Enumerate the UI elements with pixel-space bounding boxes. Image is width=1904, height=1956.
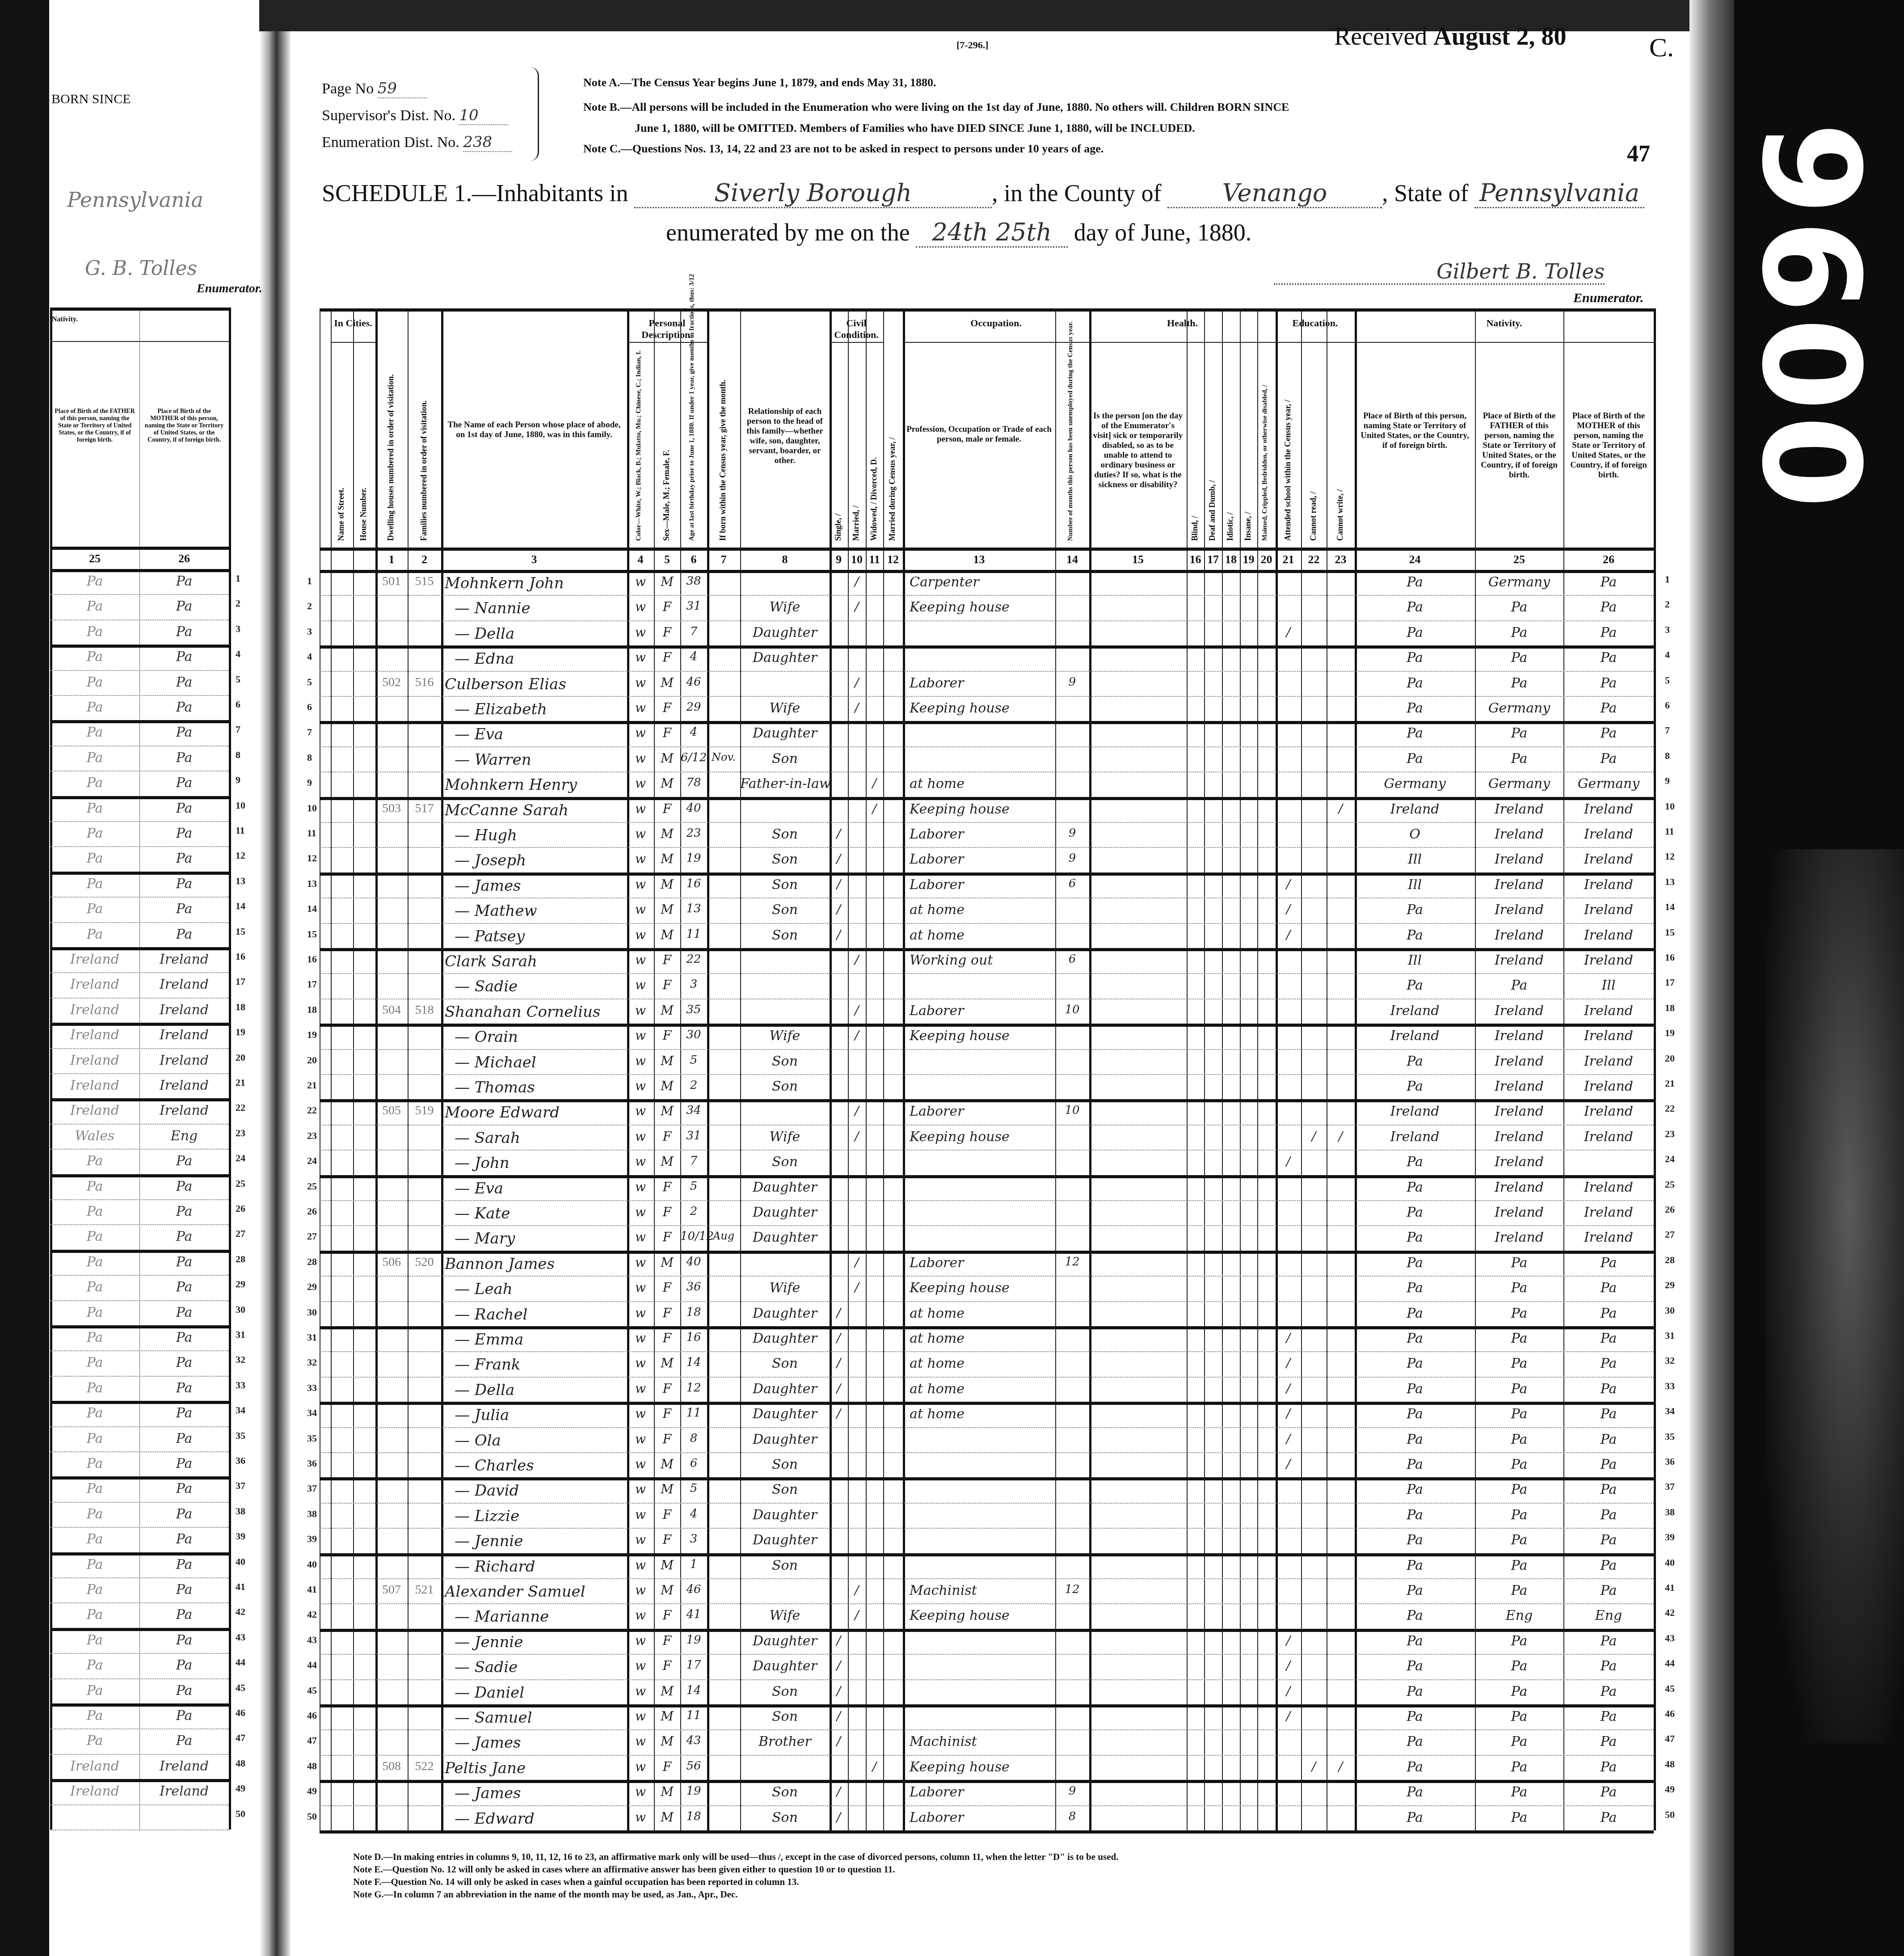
age-value: 40	[680, 1255, 707, 1269]
scan-glare	[1765, 849, 1904, 1743]
birthplace: Pa	[1355, 1230, 1475, 1245]
left-row-number: 28	[236, 1253, 245, 1265]
father-birthplace: Pa	[1475, 1432, 1563, 1447]
single-mark: /	[830, 1784, 848, 1799]
color-value: w	[627, 1356, 654, 1370]
sex-value: F	[654, 1406, 680, 1421]
father-birthplace: Pa	[1475, 650, 1563, 666]
row-number: 7	[307, 726, 312, 738]
relationship: Son	[740, 1457, 830, 1472]
left-row-number: 38	[236, 1505, 245, 1517]
sex-value: M	[654, 877, 680, 892]
married-mark: /	[848, 1608, 866, 1623]
left-father-birthplace: Ireland	[50, 1758, 139, 1774]
row-number: 48	[307, 1760, 317, 1772]
left-mother-birthplace: Pa	[139, 1305, 229, 1320]
column-divider	[1355, 308, 1357, 1830]
left-row-number: 39	[236, 1530, 245, 1542]
left-row-number: 14	[236, 900, 245, 912]
row-number-right: 27	[1665, 1229, 1675, 1240]
relationship: Daughter	[740, 1230, 830, 1245]
row-number: 42	[307, 1609, 317, 1620]
left-father-birthplace: Pa	[50, 801, 139, 816]
occupation: Laborer	[910, 826, 964, 842]
mother-birthplace: Ireland	[1563, 852, 1654, 867]
left-father-birthplace: Pa	[50, 1380, 139, 1396]
row-number-right: 43	[1665, 1632, 1675, 1644]
row-number-right: 26	[1665, 1204, 1675, 1215]
occupation: at home	[910, 902, 965, 918]
dwelling-number: 503	[375, 801, 408, 816]
age-value: 5	[680, 1482, 707, 1495]
person-name: Mohnkern John	[445, 574, 564, 592]
married-mark: /	[848, 1280, 866, 1295]
age-value: 41	[680, 1608, 707, 1621]
birthplace: Pa	[1355, 725, 1475, 741]
left-row-divider	[50, 771, 229, 771]
row-number-right: 34	[1665, 1405, 1675, 1417]
enumerator-label: Enumerator.	[1573, 291, 1644, 306]
birthplace: Pa	[1355, 675, 1475, 691]
school-mark: /	[1276, 625, 1301, 640]
cannot-write-mark: /	[1327, 1129, 1355, 1144]
mother-birthplace: Pa	[1563, 650, 1654, 666]
married-mark: /	[848, 953, 866, 967]
mother-birthplace: Pa	[1563, 574, 1654, 590]
row-divider	[320, 1200, 1654, 1201]
enumerator-signature: Gilbert B. Tolles	[1274, 259, 1605, 285]
left-row-divider	[50, 972, 229, 973]
occupation: at home	[910, 1306, 965, 1321]
age-value: 6	[680, 1457, 707, 1470]
color-value: w	[627, 1255, 654, 1270]
age-value: 31	[680, 1129, 707, 1142]
left-mother-birthplace: Pa	[139, 1204, 229, 1219]
father-birthplace: Pa	[1475, 1331, 1563, 1346]
occupation: Laborer	[910, 852, 964, 867]
left-row-divider	[50, 1300, 229, 1301]
schedule-prefix: SCHEDULE 1.—Inhabitants in	[322, 180, 628, 207]
relationship: Son	[740, 927, 830, 943]
single-mark: /	[830, 1810, 848, 1825]
person-name: — Mathew	[455, 902, 537, 920]
row-number-right: 11	[1665, 826, 1674, 837]
left-father-birthplace: Pa	[50, 1632, 139, 1648]
left-table-border	[50, 569, 229, 572]
birthplace: Pa	[1355, 625, 1475, 641]
father-birthplace: Pa	[1475, 1255, 1563, 1271]
father-birthplace: Ireland	[1475, 1205, 1563, 1220]
single-mark: /	[830, 1406, 848, 1421]
left-father-birthplace: Pa	[50, 1204, 139, 1219]
row-number-right: 46	[1665, 1708, 1675, 1720]
left-father-birthplace: Pa	[50, 1229, 139, 1244]
mother-birthplace: Pa	[1563, 725, 1654, 741]
age-value: 12	[680, 1381, 707, 1395]
age-value: 30	[680, 1028, 707, 1041]
left-column-header-25: Place of Birth of the FATHER of this per…	[55, 408, 135, 444]
relationship: Daughter	[740, 725, 830, 741]
row-number: 28	[307, 1256, 317, 1268]
father-birthplace: Pa	[1475, 1583, 1563, 1598]
column-divider	[408, 308, 409, 1830]
school-mark: /	[1276, 1356, 1301, 1370]
row-number: 46	[307, 1710, 317, 1721]
birthplace: Pa	[1355, 1684, 1475, 1699]
months-unemployed: 6	[1055, 877, 1089, 890]
column-divider	[1204, 308, 1205, 1830]
folio-number: 47	[1627, 141, 1650, 167]
row-divider	[320, 1301, 1654, 1302]
age-value: 43	[680, 1734, 707, 1747]
color-value: w	[627, 625, 654, 640]
left-mother-birthplace: Pa	[139, 1254, 229, 1270]
person-name: — Eva	[455, 725, 503, 743]
father-birthplace: Germany	[1475, 776, 1563, 792]
left-father-birthplace: Pa	[50, 775, 139, 791]
column-number: 19	[1240, 553, 1257, 566]
note-c: Note C.—Questions Nos. 13, 14, 22 and 23…	[583, 142, 1104, 156]
color-value: w	[627, 1583, 654, 1598]
person-name: Peltis Jane	[445, 1759, 526, 1777]
single-mark: /	[830, 1684, 848, 1699]
row-divider	[320, 771, 1654, 772]
row-number: 13	[307, 878, 317, 889]
left-row-divider	[50, 1728, 229, 1729]
row-number: 12	[307, 852, 317, 864]
occupation: at home	[910, 927, 965, 943]
row-divider	[320, 1351, 1654, 1352]
color-value: w	[627, 902, 654, 917]
color-value: w	[627, 650, 654, 665]
left-father-birthplace: Pa	[50, 1582, 139, 1598]
person-name: — Edna	[455, 650, 514, 668]
person-name: — Sarah	[455, 1129, 520, 1147]
left-row-number: 8	[236, 749, 240, 761]
row-number: 21	[307, 1079, 317, 1091]
color-value: w	[627, 574, 654, 589]
mother-birthplace: Pa	[1563, 1583, 1654, 1598]
occupation: at home	[910, 1356, 965, 1371]
column-header-c10: Married, /	[851, 349, 861, 541]
row-number: 40	[307, 1559, 317, 1570]
person-name: — Kate	[455, 1205, 510, 1222]
column-header-c21: Attended school within the Census year, …	[1283, 349, 1293, 541]
row-divider	[320, 973, 1654, 974]
person-name: — Jennie	[455, 1633, 523, 1651]
column-header-c24: Place of Birth of this person, naming St…	[1358, 411, 1471, 451]
color-value: w	[627, 700, 654, 715]
row-number-right: 16	[1665, 952, 1675, 963]
group-header-underline	[903, 342, 1089, 343]
birthplace: Pa	[1355, 1608, 1475, 1623]
family-number: 520	[408, 1255, 441, 1269]
single-mark: /	[830, 1734, 848, 1749]
row-number-right: 40	[1665, 1557, 1675, 1568]
dwelling-number: 505	[375, 1104, 408, 1118]
row-number: 37	[307, 1483, 317, 1494]
mother-birthplace: Pa	[1563, 1810, 1654, 1825]
left-mother-birthplace: Pa	[139, 599, 229, 614]
left-row-divider	[50, 998, 229, 999]
left-mother-birthplace: Pa	[139, 876, 229, 892]
left-row-number: 5	[236, 674, 240, 685]
enum-suffix: day of June, 1880.	[1074, 219, 1251, 246]
left-row-divider	[50, 1048, 229, 1049]
birthplace: Pa	[1355, 1633, 1475, 1649]
occupation: Laborer	[910, 1104, 964, 1119]
occupation: Keeping house	[910, 599, 1010, 615]
mother-birthplace: Ireland	[1563, 1230, 1654, 1245]
mother-birthplace: Ireland	[1563, 1054, 1654, 1069]
column-number: 16	[1187, 553, 1204, 566]
age-value: 5	[680, 1054, 707, 1067]
row-divider	[320, 1654, 1654, 1655]
left-mother-birthplace: Pa	[139, 649, 229, 665]
left-row-number: 50	[236, 1808, 245, 1820]
person-name: — Richard	[455, 1558, 535, 1576]
sex-value: F	[654, 1028, 680, 1043]
occupation: Keeping house	[910, 801, 1010, 817]
left-row-divider	[50, 1350, 229, 1351]
birthplace: Pa	[1355, 700, 1475, 716]
column-divider	[331, 308, 332, 1830]
person-name: — Marianne	[455, 1608, 549, 1626]
father-birthplace: Pa	[1475, 751, 1563, 767]
row-number-right: 30	[1665, 1305, 1675, 1316]
relationship: Wife	[740, 700, 830, 716]
relationship: Daughter	[740, 625, 830, 641]
left-mother-birthplace: Pa	[139, 700, 229, 715]
row-number-right: 8	[1665, 750, 1670, 762]
occupation: Working out	[910, 953, 993, 968]
family-number: 518	[408, 1003, 441, 1017]
schedule-title-line: SCHEDULE 1.—Inhabitants in Siverly Borou…	[322, 179, 1644, 208]
birthplace: Pa	[1355, 1205, 1475, 1220]
left-row-number: 13	[236, 875, 245, 887]
birthplace: Pa	[1355, 1482, 1475, 1497]
color-value: w	[627, 978, 654, 992]
mother-birthplace: Ireland	[1563, 927, 1654, 943]
row-divider	[320, 1704, 1654, 1707]
row-divider	[320, 948, 1654, 951]
place-value: Siverly Borough	[634, 179, 992, 208]
father-birthplace: Pa	[1475, 1684, 1563, 1699]
column-number: 23	[1327, 553, 1355, 566]
married-mark: /	[848, 1028, 866, 1043]
family-number: 522	[408, 1759, 441, 1774]
received-label: Received	[1334, 23, 1427, 51]
relationship: Son	[740, 1079, 830, 1094]
sex-value: F	[654, 700, 680, 715]
left-row-divider	[50, 1023, 229, 1026]
left-row-divider	[50, 821, 229, 822]
row-divider	[320, 721, 1654, 724]
left-row-number: 3	[236, 623, 240, 635]
age-value: 29	[680, 700, 707, 714]
column-header-c14: Number of months this person has been un…	[1067, 349, 1074, 541]
row-number-right: 23	[1665, 1128, 1675, 1140]
age-value: 23	[680, 826, 707, 840]
sex-value: F	[654, 953, 680, 967]
father-birthplace: Ireland	[1475, 826, 1563, 842]
occupation: Laborer	[910, 1003, 964, 1019]
row-number-right: 1	[1665, 573, 1670, 585]
person-name: — James	[455, 877, 521, 895]
column-divider	[353, 308, 354, 1830]
row-divider	[320, 898, 1654, 898]
left-mother-birthplace: Pa	[139, 1632, 229, 1648]
row-number-right: 41	[1665, 1582, 1675, 1593]
left-row-divider	[50, 1124, 229, 1125]
color-value: w	[627, 1028, 654, 1043]
age-value: 7	[680, 1154, 707, 1168]
row-number-right: 2	[1665, 599, 1670, 610]
father-birthplace: Pa	[1475, 1709, 1563, 1724]
row-divider	[320, 822, 1654, 823]
column-header-c4: Color—White, W.; Black, B.; Mulatto, Mu.…	[635, 349, 643, 541]
months-unemployed: 10	[1055, 1104, 1089, 1117]
school-mark: /	[1276, 927, 1301, 942]
relationship: Daughter	[740, 1381, 830, 1397]
column-header-c17: Deaf and Dumb, /	[1208, 349, 1217, 541]
row-number-right: 9	[1665, 775, 1670, 787]
left-mother-birthplace: Ireland	[139, 1002, 229, 1018]
mother-birthplace: Ireland	[1563, 902, 1654, 918]
left-father-birthplace: Pa	[50, 1481, 139, 1497]
birthplace: Pa	[1355, 751, 1475, 767]
column-number: 20	[1257, 553, 1276, 566]
row-number: 30	[307, 1307, 317, 1318]
birthplace: Pa	[1355, 599, 1475, 615]
months-unemployed: 9	[1055, 826, 1089, 840]
left-mother-birthplace: Pa	[139, 801, 229, 816]
color-value: w	[627, 877, 654, 892]
father-birthplace: Ireland	[1475, 902, 1563, 918]
birthplace: Pa	[1355, 1154, 1475, 1170]
left-nativity-heading: Nativity.	[52, 316, 78, 324]
occupation: Keeping house	[910, 1759, 1010, 1775]
column-header-c23: Cannot write, /	[1335, 349, 1345, 541]
sex-value: F	[654, 599, 680, 614]
relationship: Son	[740, 1054, 830, 1069]
single-mark: /	[830, 1331, 848, 1345]
mother-birthplace: Ireland	[1563, 1180, 1654, 1195]
row-divider	[320, 1729, 1654, 1730]
mother-birthplace: Ireland	[1563, 877, 1654, 893]
left-row-number: 10	[236, 800, 245, 811]
column-header-c3: The Name of each Person whose place of a…	[445, 420, 623, 440]
person-name: — David	[455, 1482, 519, 1500]
row-number: 27	[307, 1231, 317, 1242]
age-value: 5	[680, 1180, 707, 1193]
left-mother-birthplace: Ireland	[139, 1783, 229, 1799]
page-gutter	[259, 0, 291, 1956]
left-row-number: 49	[236, 1783, 245, 1794]
group-header-occupation: Occupation.	[903, 317, 1089, 329]
left-mother-birthplace: Pa	[139, 624, 229, 640]
row-number: 3	[307, 626, 312, 637]
dwelling-number: 507	[375, 1583, 408, 1597]
relationship: Son	[740, 826, 830, 842]
left-mother-birthplace: Pa	[139, 1506, 229, 1522]
row-number-right: 7	[1665, 725, 1670, 736]
color-value: w	[627, 1784, 654, 1799]
mother-birthplace: Pa	[1563, 1558, 1654, 1573]
column-number: 5	[654, 553, 680, 566]
row-divider	[320, 1049, 1654, 1050]
sex-value: F	[654, 1180, 680, 1194]
person-name: — James	[455, 1734, 521, 1752]
sex-value: M	[654, 1054, 680, 1068]
row-number: 24	[307, 1155, 317, 1167]
married-mark: /	[848, 1255, 866, 1270]
father-birthplace: Ireland	[1475, 877, 1563, 893]
color-value: w	[627, 1532, 654, 1547]
sex-value: M	[654, 1079, 680, 1093]
book-binding-left	[0, 0, 49, 1956]
age-value: 14	[680, 1684, 707, 1697]
age-value: 11	[680, 1709, 707, 1722]
group-header-health: Health.	[1089, 317, 1276, 329]
sex-value: F	[654, 1381, 680, 1396]
color-value: w	[627, 1457, 654, 1471]
left-row-number: 41	[236, 1581, 245, 1593]
note-f: Note F.—Question No. 14 will only be ask…	[353, 1876, 1118, 1888]
left-row-number: 25	[236, 1178, 245, 1189]
row-number: 25	[307, 1180, 317, 1192]
column-number: 12	[883, 553, 903, 566]
left-row-divider	[50, 594, 229, 595]
left-row-number: 22	[236, 1102, 245, 1113]
birthplace: Pa	[1355, 1180, 1475, 1195]
birthplace: Pa	[1355, 902, 1475, 918]
group-header-nativity: Nativity.	[1355, 317, 1654, 329]
table-bottom-border	[320, 1830, 1654, 1834]
sex-value: F	[654, 1608, 680, 1623]
relationship: Son	[740, 877, 830, 893]
column-number: 17	[1204, 553, 1222, 566]
row-number-right: 3	[1665, 624, 1670, 636]
left-row-divider	[50, 1779, 229, 1782]
mother-birthplace: Pa	[1563, 599, 1654, 615]
relationship: Father-in-law	[740, 776, 830, 792]
column-divider	[680, 308, 681, 1830]
sex-value: F	[654, 1759, 680, 1774]
color-value: w	[627, 1129, 654, 1144]
relationship: Daughter	[740, 1306, 830, 1321]
left-row-divider	[50, 1275, 229, 1276]
color-value: w	[627, 1003, 654, 1018]
column-header-c5: Sex—Male, M.; Female, F.	[662, 349, 671, 541]
column-divider	[707, 308, 709, 1830]
birthplace: Pa	[1355, 1658, 1475, 1674]
table-top-border	[320, 308, 1654, 312]
occupation: Laborer	[910, 877, 964, 893]
left-column-divider	[139, 308, 140, 1830]
mother-birthplace: Pa	[1563, 625, 1654, 641]
sex-value: M	[654, 927, 680, 942]
column-divider	[1327, 308, 1327, 1830]
left-father-birthplace: Pa	[50, 1254, 139, 1270]
father-birthplace: Pa	[1475, 1457, 1563, 1472]
group-header-underline	[1276, 342, 1355, 343]
column-header-house: House Number.	[359, 349, 368, 541]
left-row-number: 31	[236, 1329, 245, 1341]
father-birthplace: Ireland	[1475, 1230, 1563, 1245]
left-mother-birthplace: Pa	[139, 927, 229, 942]
column-number: 2	[408, 553, 441, 566]
